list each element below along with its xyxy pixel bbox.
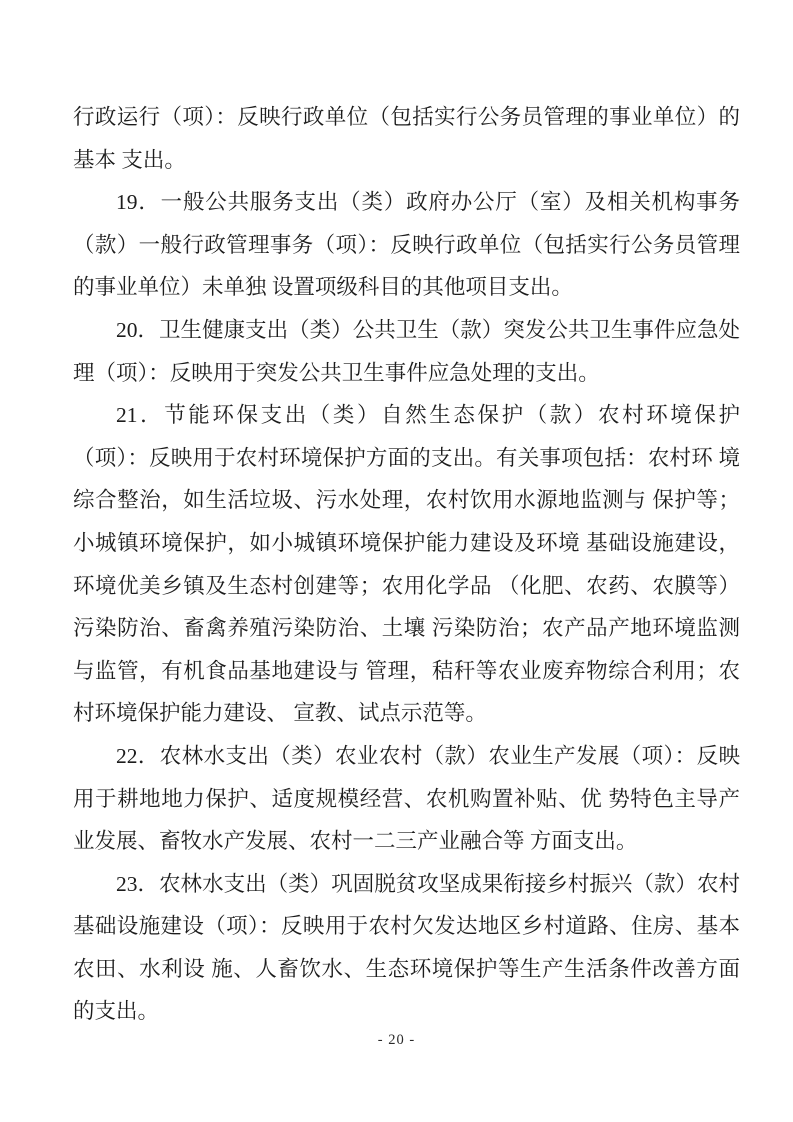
document-body: 行政运行（项）：反映行政单位（包括实行公务员管理的事业单位）的基本 支出。 19…: [73, 96, 740, 1033]
page-number: - 20 -: [0, 1032, 793, 1049]
paragraph-item-22: 22．农林水支出（类）农业农村（款）农业生产发展（项）：反映用于耕地地力保护、适…: [73, 735, 740, 863]
paragraph-item-23: 23．农林水支出（类）巩固脱贫攻坚成果衔接乡村振兴（款）农村基础设施建设（项）：…: [73, 863, 740, 1033]
document-page: 行政运行（项）：反映行政单位（包括实行公务员管理的事业单位）的基本 支出。 19…: [0, 0, 793, 1122]
paragraph-item-19: 19．一般公共服务支出（类）政府办公厅（室）及相关机构事务（款）一般行政管理事务…: [73, 181, 740, 309]
paragraph-item-20: 20．卫生健康支出（类）公共卫生（款）突发公共卫生事件应急处理（项）：反映用于突…: [73, 309, 740, 394]
paragraph-item-21: 21．节能环保支出（类）自然生态保护（款）农村环境保护（项）：反映用于农村环境保…: [73, 394, 740, 735]
paragraph-admin-operation: 行政运行（项）：反映行政单位（包括实行公务员管理的事业单位）的基本 支出。: [73, 96, 740, 181]
